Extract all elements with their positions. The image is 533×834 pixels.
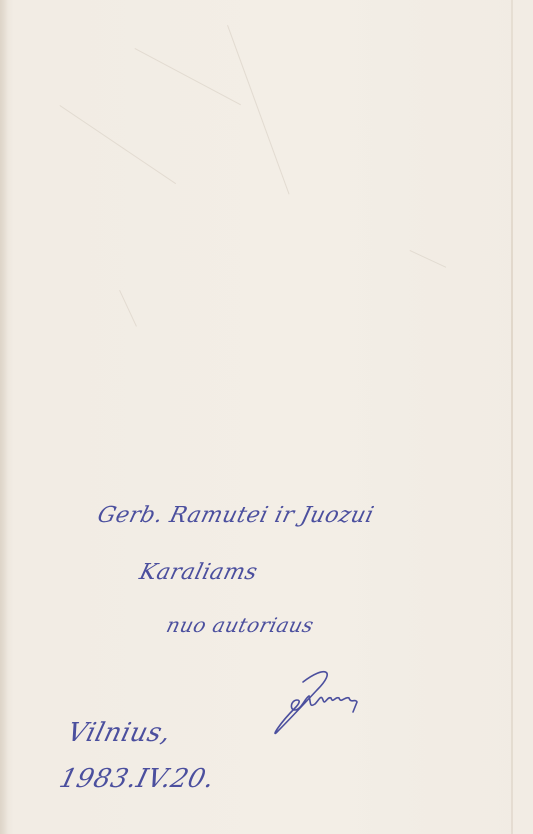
paper-crease xyxy=(410,250,447,268)
inscription-date: 1983.IV.20. xyxy=(56,764,218,794)
paper-crease xyxy=(135,48,241,105)
paper-crease xyxy=(59,105,176,184)
author-signature xyxy=(265,660,395,740)
page-edge-strip xyxy=(513,0,533,834)
book-page: Gerb. Ramutei ir Juozui Karaliams nuo au… xyxy=(0,0,533,834)
page-gutter-shadow xyxy=(0,0,8,834)
paper-crease xyxy=(227,25,290,194)
dedication-line-1: Gerb. Ramutei ir Juozui xyxy=(95,503,377,528)
dedication-line-3: nuo autoriaus xyxy=(164,613,317,637)
dedication-line-2: Karaliams xyxy=(137,560,260,585)
inscription-place: Vilnius, xyxy=(64,718,174,748)
paper-crease xyxy=(119,290,137,327)
